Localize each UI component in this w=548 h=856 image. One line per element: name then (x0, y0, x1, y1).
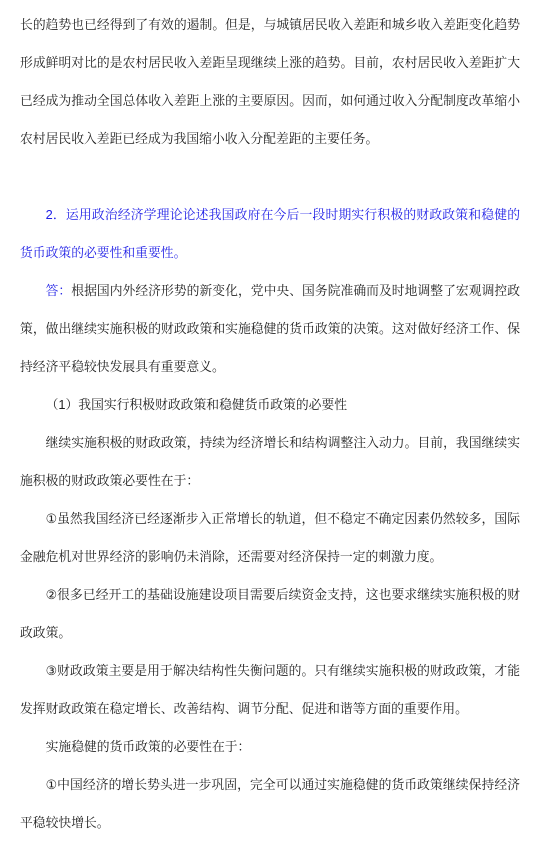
answer-paragraph: 答：根据国内外经济形势的新变化，党中央、国务院准确而及时地调整了宏观调控政策，做… (20, 272, 520, 386)
paragraph-fiscal-point-2: ②很多已经开工的基础设施建设项目需要后续资金支持，这也要求继续实施积极的财政政策… (20, 576, 520, 652)
answer-prefix-label: 答： (46, 283, 72, 298)
paragraph-fiscal-point-3: ③财政政策主要是用于解决结构性失衡问题的。只有继续实施积极的财政政策，才能发挥财… (20, 652, 520, 728)
answer-body-text: 根据国内外经济形势的新变化，党中央、国务院准确而及时地调整了宏观调控政策，做出继… (20, 283, 520, 374)
paragraph-fiscal-point-1: ①虽然我国经济已经逐渐步入正常增长的轨道，但不稳定不确定因素仍然较多，国际金融危… (20, 500, 520, 576)
paragraph-monetary-point-1: ①中国经济的增长势头进一步巩固，完全可以通过实施稳健的货币政策继续保持经济平稳较… (20, 766, 520, 842)
document-page: 长的趋势也已经得到了有效的遏制。但是，与城镇居民收入差距和城乡收入差距变化趋势形… (0, 0, 548, 856)
paragraph-income-gap-continuation: 长的趋势也已经得到了有效的遏制。但是，与城镇居民收入差距和城乡收入差距变化趋势形… (20, 6, 520, 158)
section-1-title: （1）我国实行积极财政政策和稳健货币政策的必要性 (20, 386, 520, 424)
document-body: 长的趋势也已经得到了有效的遏制。但是，与城镇居民收入差距和城乡收入差距变化趋势形… (0, 0, 548, 842)
paragraph-fiscal-intro: 继续实施积极的财政政策，持续为经济增长和结构调整注入动力。目前，我国继续实施积极… (20, 424, 520, 500)
paragraph-monetary-intro: 实施稳健的货币政策的必要性在于： (20, 728, 520, 766)
question-2-heading: 2．运用政治经济学理论论述我国政府在今后一段时期实行积极的财政政策和稳健的货币政… (20, 196, 520, 272)
